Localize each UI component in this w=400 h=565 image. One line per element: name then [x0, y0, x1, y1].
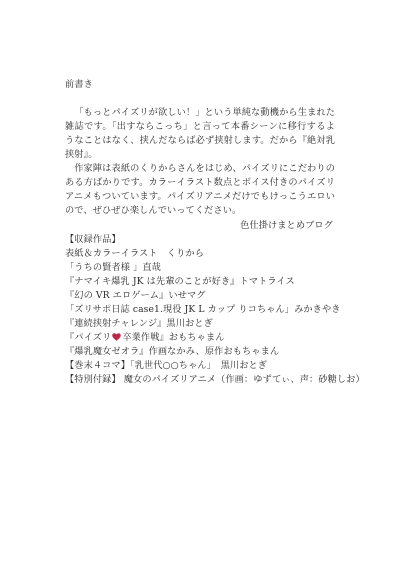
contents-item: 『ナマイキ爆乳 JK は先輩のことが好き』トマトライス: [65, 275, 335, 289]
page-content: 前書き 「もっとパイズリが欲しい！」という単純な動機から生まれた雑誌です。「出す…: [65, 78, 335, 387]
contents-item: 『爆乳魔女ゼオラ』作画なかみ、原作おもちゃまん: [65, 345, 335, 359]
preface-paragraph-2: 作家陣は表紙のくりからさんをはじめ、パイズリにこだわりのある方ばかりです。カラー…: [65, 162, 335, 218]
contents-item-text-before: 『パイズリ: [65, 332, 111, 343]
preface-heading: 前書き: [65, 78, 335, 92]
contents-item: 『パイズリ卒業作戦』おもちゃまん: [65, 331, 335, 345]
contents-item: 【特別付録】 魔女のパイズリアニメ（作画：ゆずてぃ、声：砂糖しお）: [65, 373, 335, 387]
contents-item: 『幻の VR エロゲーム』いせマグ: [65, 289, 335, 303]
contents-item: 「ズリサポ日誌 case1.現役 JK L カップ りコちゃん」みかきやき: [65, 303, 335, 317]
credit-line: 色仕掛けまとめブログ: [65, 219, 333, 233]
preface-paragraph-1: 「もっとパイズリが欲しい！」という単純な動機から生まれた雑誌です。「出すならこっ…: [65, 106, 335, 162]
contents-list: 表紙＆カラーイラスト くりから 「うちの賢者様 」直哉 『ナマイキ爆乳 JK は…: [65, 247, 335, 387]
contents-item: 『連続挟射チャレンジ』黒川おとぎ: [65, 317, 335, 331]
document-page: 前書き 「もっとパイズリが欲しい！」という単純な動機から生まれた雑誌です。「出す…: [0, 0, 400, 565]
contents-item: 「うちの賢者様 」直哉: [65, 261, 335, 275]
contents-item-text-after: 卒業作戦』おもちゃまん: [122, 332, 224, 343]
contents-item: 【巻末４コマ】「乳世代○○ちゃん」 黒川おとぎ: [65, 359, 335, 373]
heart-icon: [112, 333, 121, 341]
contents-title: 【収録作品】: [65, 233, 335, 247]
contents-item: 表紙＆カラーイラスト くりから: [65, 247, 335, 261]
